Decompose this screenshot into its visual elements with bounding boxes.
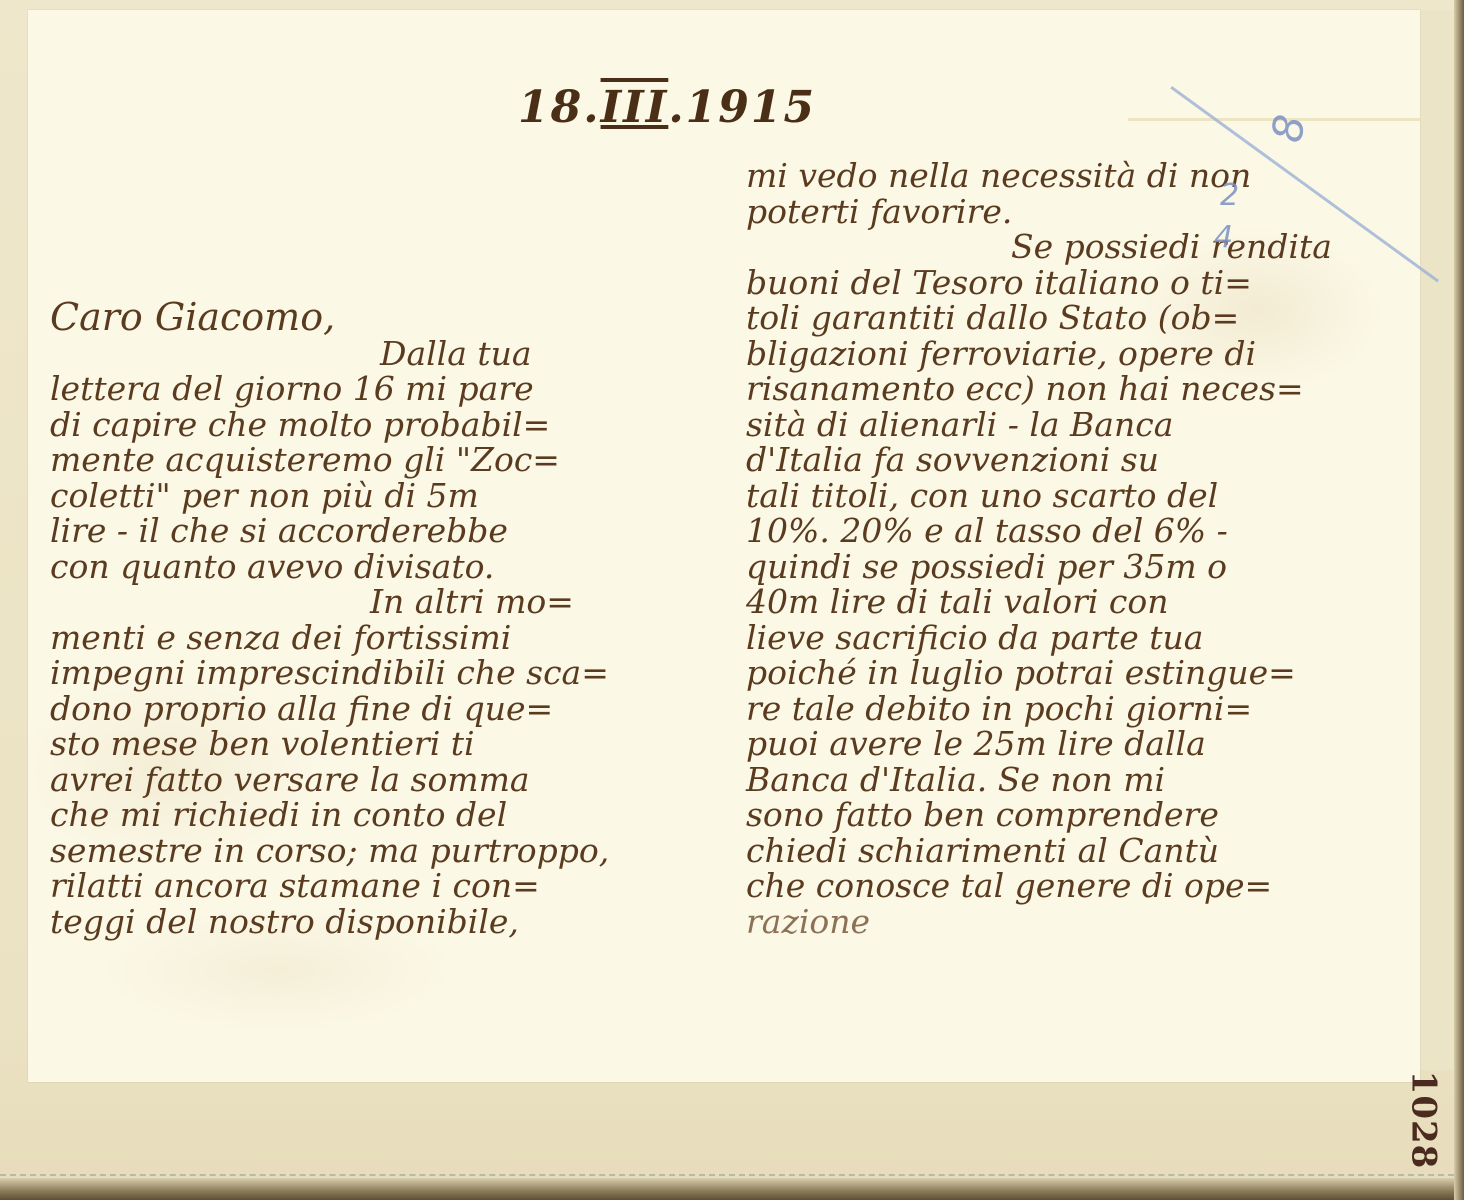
text-line: dono proprio alla fine di que=	[50, 691, 730, 727]
text-line: In altri mo=	[50, 584, 730, 620]
letter-date: 18.III.1915	[518, 82, 816, 133]
text-line: d'Italia fa sovvenzioni su	[746, 442, 1406, 478]
text-line: mente acquisteremo gli "Zoc=	[50, 442, 730, 478]
text-line: che conosce tal genere di ope=	[746, 868, 1406, 904]
mount-margin	[1420, 10, 1454, 1070]
text-line: chiedi schiarimenti al Cantù	[746, 833, 1406, 869]
archive-number-stamp: 1028	[1398, 1068, 1448, 1172]
text-line: semestre in corso; ma purtroppo,	[50, 833, 730, 869]
text-line: con quanto avevo divisato.	[50, 549, 730, 585]
text-line: risanamento ecc) non hai neces=	[746, 371, 1406, 407]
text-line: coletti" per non più di 5m	[50, 478, 730, 514]
text-line: di capire che molto probabil=	[50, 407, 730, 443]
text-line: quindi se possiedi per 35m o	[746, 549, 1406, 585]
text-line: lieve sacrificio da parte tua	[746, 620, 1406, 656]
text-line: buoni del Tesoro italiano o ti=	[746, 265, 1406, 301]
text-line: re tale debito in pochi giorni=	[746, 691, 1406, 727]
text-line: avrei fatto versare la somma	[50, 762, 730, 798]
text-line: tali titoli, con uno scarto del	[746, 478, 1406, 514]
left-column: Caro Giacomo, Dalla tua lettera del gior…	[50, 300, 730, 939]
text-line: puoi avere le 25m lire dalla	[746, 726, 1406, 762]
blue-pencil-annotation: 2	[1220, 178, 1239, 213]
text-line: 10%. 20% e al tasso del 6% -	[746, 513, 1406, 549]
text-line: menti e senza dei fortissimi	[50, 620, 730, 656]
text-line: 40m lire di tali valori con	[746, 584, 1406, 620]
text-line: Banca d'Italia. Se non mi	[746, 762, 1406, 798]
date-year: 1915	[686, 82, 816, 133]
text-line: Dalla tua	[50, 336, 730, 372]
archive-number: 1028	[1403, 1071, 1443, 1170]
page-right-edge	[1454, 0, 1464, 1200]
mount-dashed-edge	[0, 1174, 1464, 1176]
date-day: 18	[518, 82, 583, 133]
text-line: sità di alienarli - la Banca	[746, 407, 1406, 443]
text-line: razione	[746, 904, 1406, 940]
text-line: toli garantiti dallo Stato (ob=	[746, 300, 1406, 336]
text-line: lettera del giorno 16 mi pare	[50, 371, 730, 407]
text-line: poiché in luglio potrai estingue=	[746, 655, 1406, 691]
binding-edge	[0, 1178, 1464, 1200]
text-line: sono fatto ben comprendere	[746, 797, 1406, 833]
text-line: poterti favorire.	[746, 194, 1406, 230]
text-line: teggi del nostro disponibile,	[50, 904, 730, 940]
date-month: III	[601, 82, 669, 133]
salutation: Caro Giacomo,	[50, 300, 730, 336]
text-line: rilatti ancora stamane i con=	[50, 868, 730, 904]
text-line: che mi richiedi in conto del	[50, 797, 730, 833]
text-line: sto mese ben volentieri ti	[50, 726, 730, 762]
text-line: Se possiedi rendita	[746, 229, 1406, 265]
text-line: impegni imprescindibili che sca=	[50, 655, 730, 691]
blue-pencil-annotation: 4	[1214, 220, 1233, 255]
text-line: bligazioni ferroviarie, opere di	[746, 336, 1406, 372]
text-line: lire - il che si accorderebbe	[50, 513, 730, 549]
right-column: mi vedo nella necessità di non poterti f…	[746, 158, 1406, 939]
